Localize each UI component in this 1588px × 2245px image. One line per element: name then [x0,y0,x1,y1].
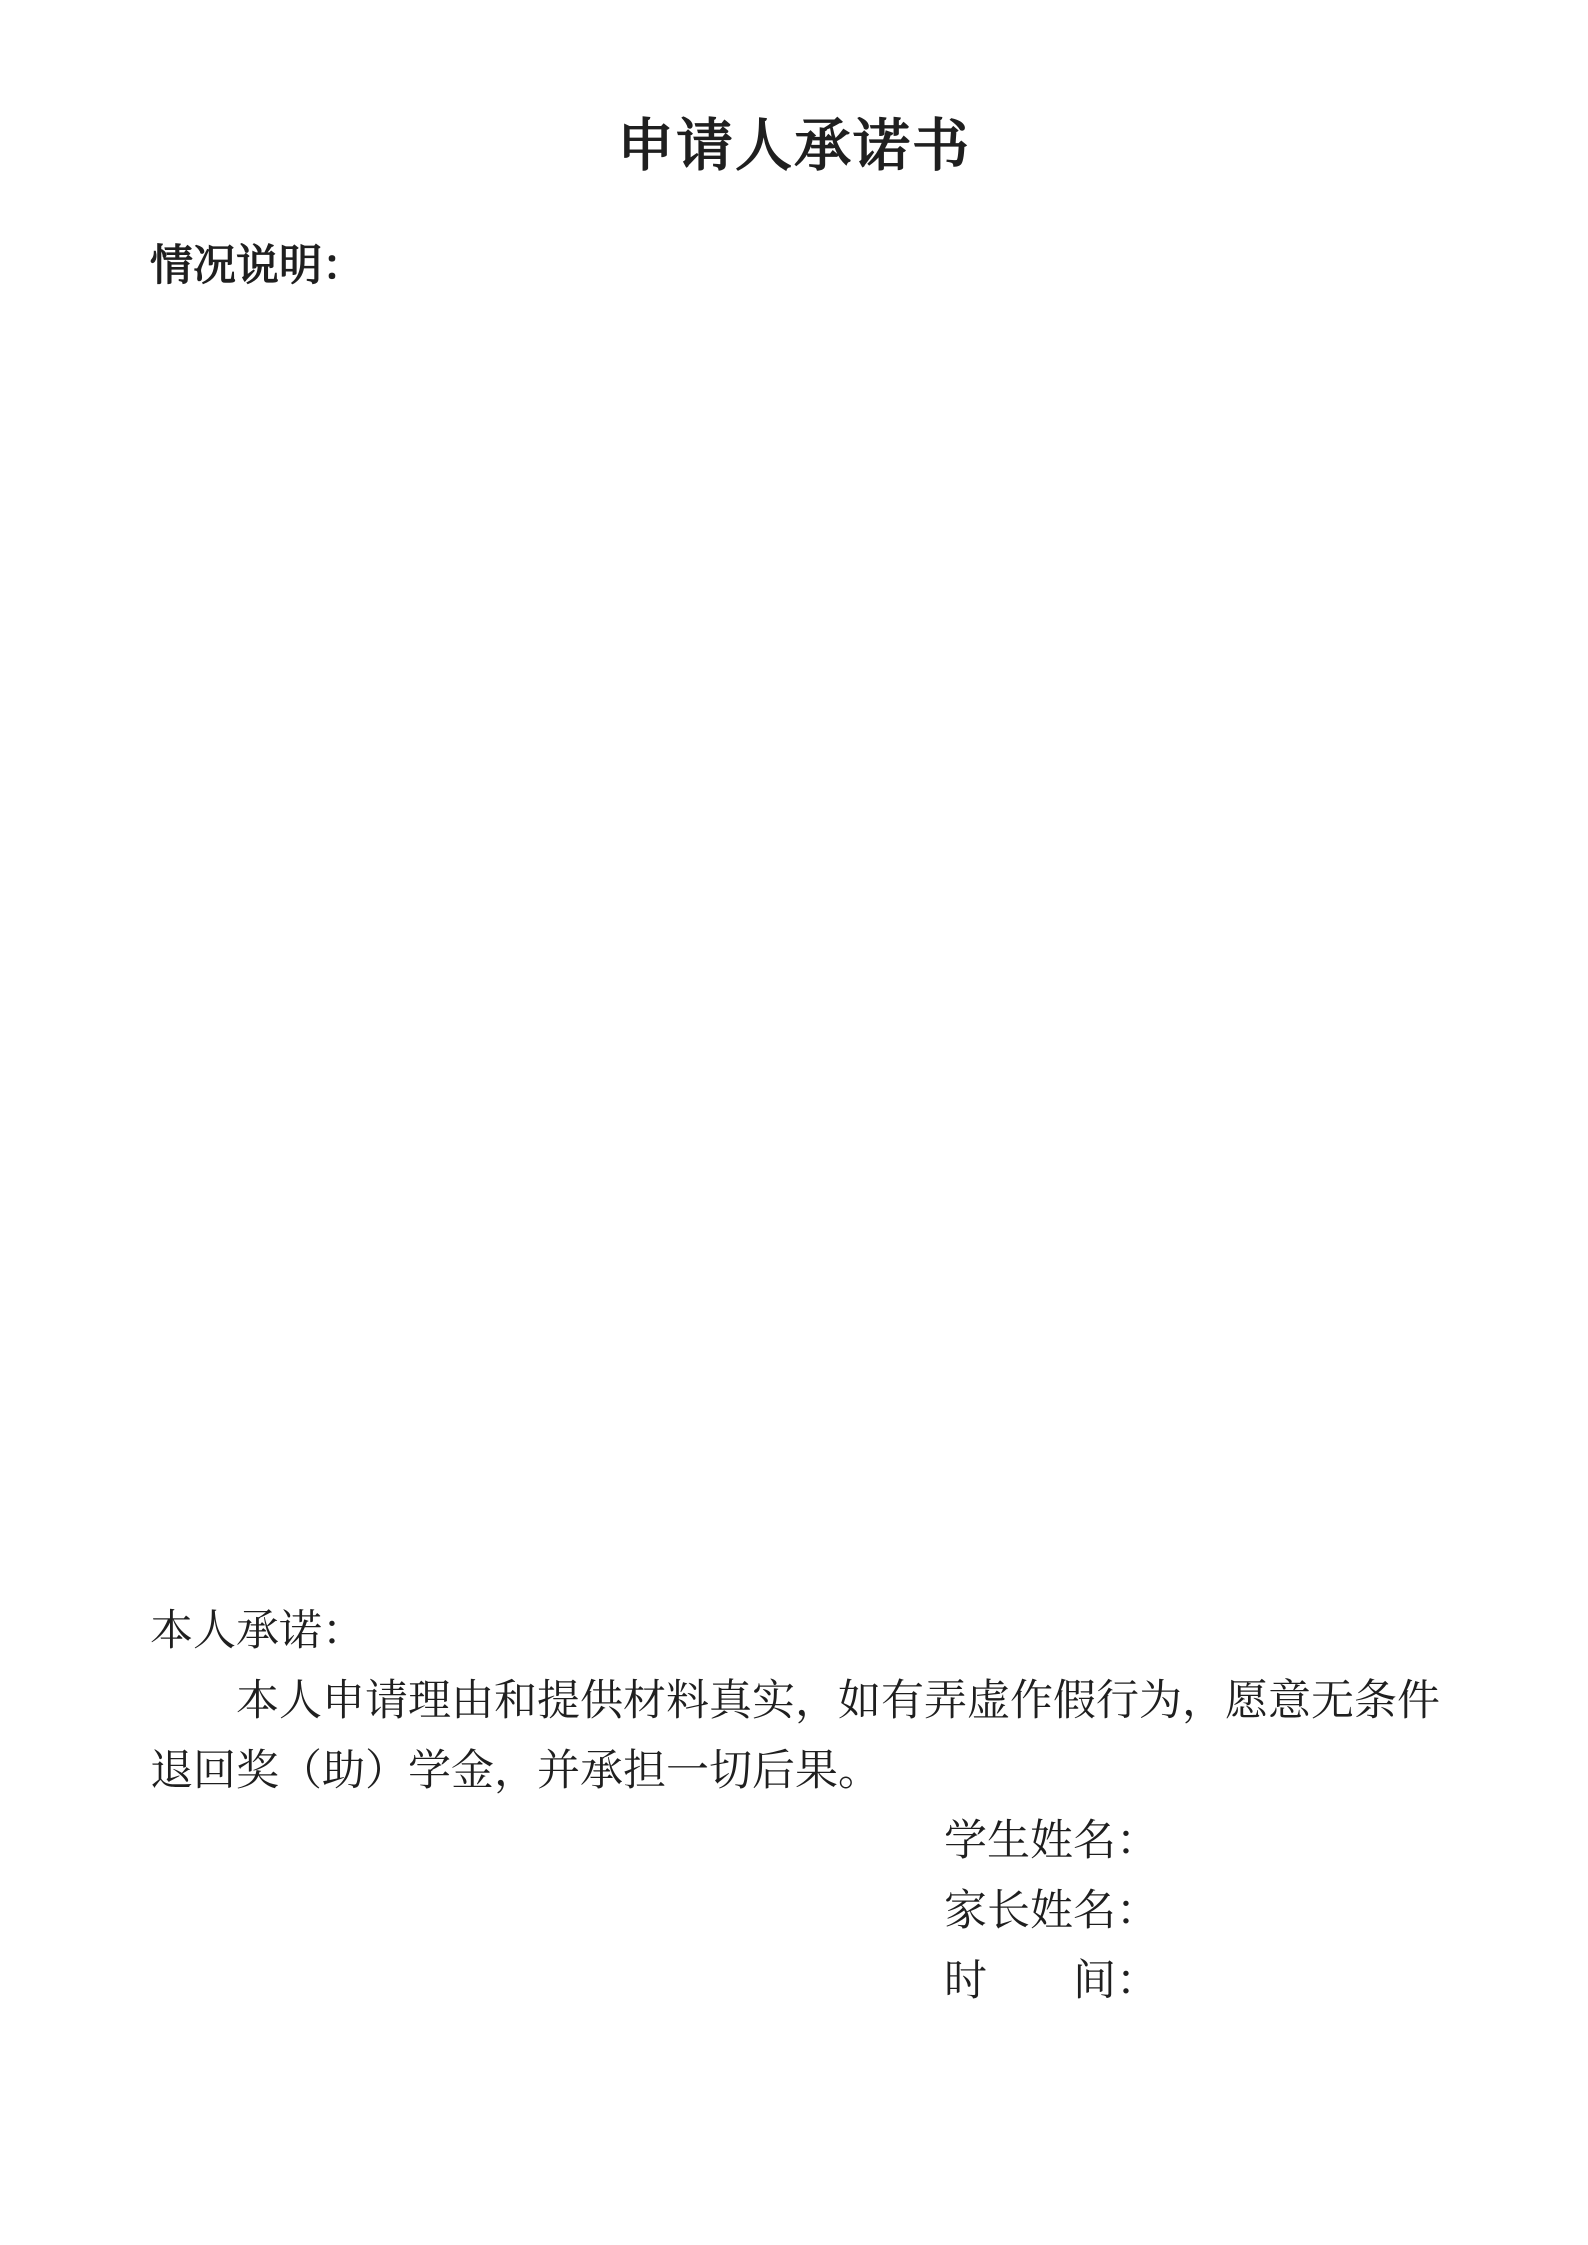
commitment-letter-page: 申请人承诺书 情况说明： 本人承诺： 本人申请理由和提供材料真实，如有弄虚作假行… [0,0,1588,2245]
parent-name-label: 家长姓名： [150,1877,1438,1947]
commitment-heading: 本人承诺： [150,1597,1438,1667]
student-name-label: 学生姓名： [150,1807,1438,1877]
situation-blank-area [150,310,1438,1590]
page-title: 申请人承诺书 [0,110,1588,184]
commitment-section: 本人承诺： 本人申请理由和提供材料真实，如有弄虚作假行为，愿意无条件 退回奖（助… [150,1597,1438,2017]
commitment-body-line-2: 退回奖（助）学金，并承担一切后果。 [150,1737,1438,1807]
situation-explanation-label: 情况说明： [150,232,365,302]
time-label: 时 间： [150,1947,1438,2017]
commitment-body-line-1: 本人申请理由和提供材料真实，如有弄虚作假行为，愿意无条件 [150,1667,1438,1737]
